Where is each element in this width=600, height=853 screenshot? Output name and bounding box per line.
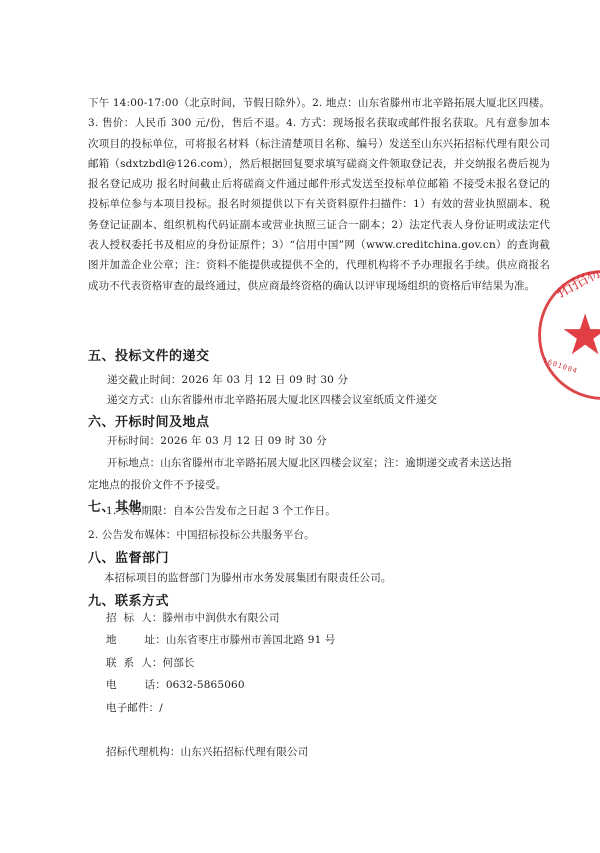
contact-tenderer: 招 标 人：滕州市中润供水有限公司 [106,610,280,625]
section-heading-contact: 九、联系方式 [88,590,169,609]
supervision-text: 本招标项目的监督部门为滕州市水务发展集团有限责任公司。 [104,570,392,585]
other-item-2: 2. 公告发布媒体：中国招标投标公共服务平台。 [88,527,315,542]
contact-email: 电子邮件：/ [106,700,163,715]
opening-place: 开标地点：山东省滕州市北辛路拓展大厦北区四楼会议室；注：逾期递交或者未送达指 [107,455,512,470]
section-heading-opening: 六、开标时间及地点 [88,411,210,430]
contact-person: 联 系 人：何部长 [106,655,195,670]
contact-agency: 招标代理机构：山东兴拓招标代理有限公司 [106,744,308,759]
contact-address: 地 址：山东省枣庄市滕州市善国北路 91 号 [106,632,336,647]
contact-phone: 电 话：0632-5865060 [106,677,245,692]
submission-method: 递交方式：山东省滕州市北辛路拓展大厦北区四楼会议室纸质文件递交 [107,392,437,407]
opening-place-continued: 定地点的报价文件不予接受。 [88,477,226,492]
section-heading-submission: 五、投标文件的递交 [88,345,210,364]
opening-time: 开标时间：2026 年 03 月 12 日 09 时 30 分 [107,433,327,448]
registration-paragraph: 下午 14:00-17:00（北京时间，节假日除外）。2. 地点：山东省滕州市北… [88,93,550,296]
other-item-1: 1. 公告期限：自本公告发布之日起 3 个工作日。 [106,503,336,518]
section-heading-supervision: 八、监督部门 [88,547,169,566]
submission-deadline: 递交截止时间：2026 年 03 月 12 日 09 时 30 分 [107,372,348,387]
star-icon: ★ [560,308,600,364]
document-page: 下午 14:00-17:00（北京时间，节假日除外）。2. 地点：山东省滕州市北… [0,0,600,853]
